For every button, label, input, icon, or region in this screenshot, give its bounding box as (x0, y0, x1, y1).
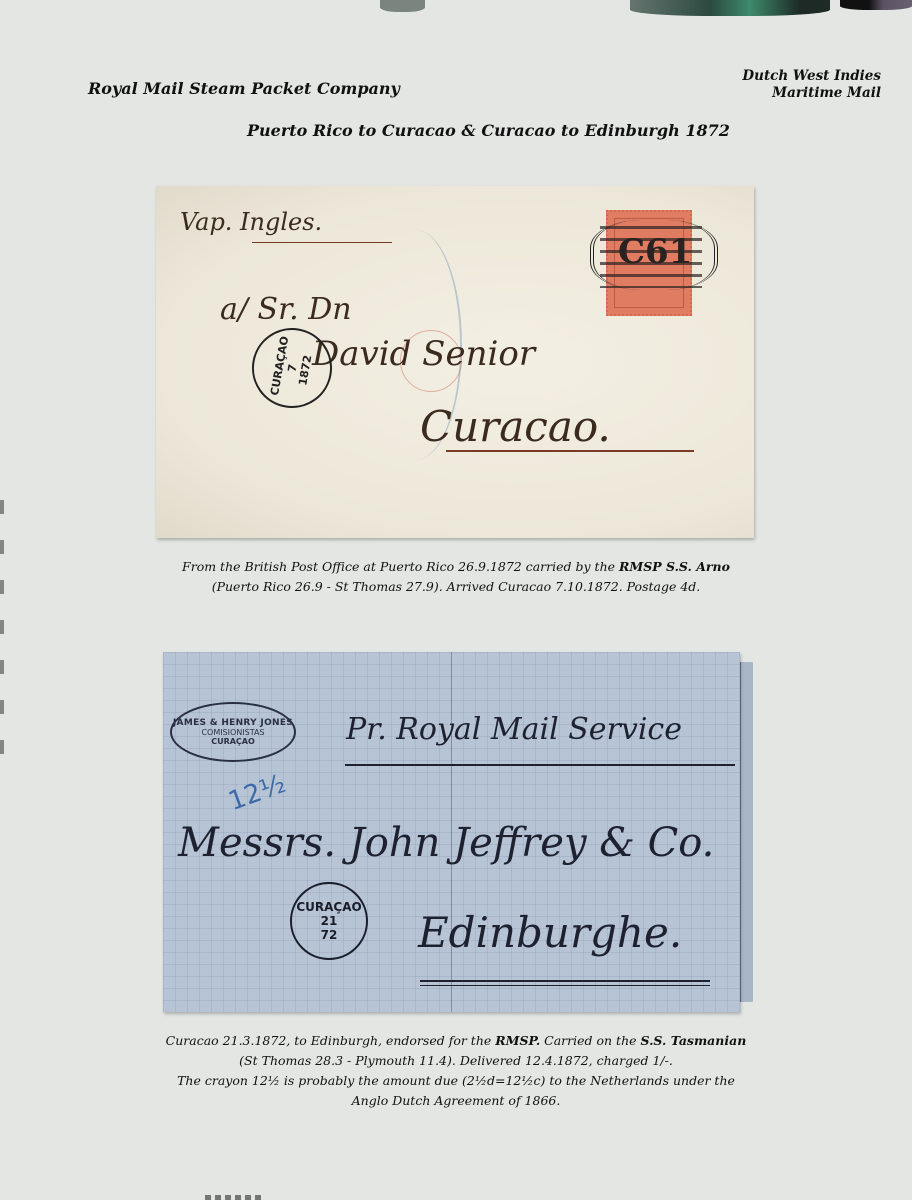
postmark-year: 72 (321, 928, 338, 942)
cachet-trade: COMISIONISTAS (201, 728, 264, 737)
addressee: Messrs. John Jeffrey & Co. (178, 820, 714, 866)
page-edge-decoration (380, 0, 425, 12)
collection-title-line1: Dutch West Indies (742, 68, 881, 85)
obliterator-code: C61 (618, 232, 692, 272)
caption-line: (St Thomas 28.3 - Plymouth 11.4). Delive… (0, 1051, 912, 1071)
page-footer-mark (205, 1195, 265, 1200)
caption-ship-name: RMSP S.S. Arno (619, 559, 730, 574)
binder-holes (0, 500, 4, 770)
caption-rmsp: RMSP. (495, 1033, 540, 1048)
sender-cachet: JAMES & HENRY JONES COMISIONISTAS CURAÇA… (170, 702, 296, 762)
destination-underline (420, 980, 710, 982)
endorsement-vap-ingles: Vap. Ingles. (180, 208, 322, 236)
endorsement-royal-mail-service: Pr. Royal Mail Service (346, 712, 682, 747)
caption-text: Curacao 21.3.1872, to Edinburgh, endorse… (166, 1033, 496, 1048)
cachet-name: JAMES & HENRY JONES (173, 718, 293, 728)
caption-line: Anglo Dutch Agreement of 1866. (0, 1091, 912, 1111)
postmark-year: 1872 (296, 354, 314, 386)
caption-line: From the British Post Office at Puerto R… (0, 557, 912, 577)
addressee-name: David Senior (312, 334, 535, 374)
destination-edinburgh: Edinburghe. (418, 908, 682, 957)
page-subtitle: Puerto Rico to Curacao & Curacao to Edin… (247, 121, 730, 140)
cachet-town: CURAÇAO (211, 737, 255, 746)
caption-line: Curacao 21.3.1872, to Edinburgh, endorse… (0, 1031, 912, 1051)
destination-underline (420, 985, 710, 986)
addressee-prefix: a/ Sr. Dn (220, 292, 352, 327)
caption-line: The crayon 12½ is probably the amount du… (0, 1071, 912, 1091)
collection-title-line2: Maritime Mail (742, 85, 881, 102)
destination-underline (446, 450, 694, 452)
postmark-day: 21 (321, 914, 338, 928)
page-edge-decoration (630, 0, 830, 16)
collection-title: Dutch West Indies Maritime Mail (742, 68, 881, 102)
postmark-town: CURAÇAO (296, 900, 361, 914)
endorsement-underline (345, 764, 735, 766)
caption-ship-name: S.S. Tasmanian (641, 1033, 747, 1048)
letter-fold-edge (740, 662, 753, 1002)
caption-line: (Puerto Rico 26.9 - St Thomas 27.9). Arr… (0, 577, 912, 597)
page-title: Royal Mail Steam Packet Company (88, 79, 400, 98)
cover2-caption: Curacao 21.3.1872, to Edinburgh, endorse… (0, 1031, 912, 1111)
cover1-caption: From the British Post Office at Puerto R… (0, 557, 912, 597)
caption-text: Carried on the (540, 1033, 640, 1048)
destination-curacao: Curacao. (420, 402, 611, 451)
page-edge-decoration (840, 0, 912, 10)
endorsement-underline (252, 242, 392, 243)
caption-text: From the British Post Office at Puerto R… (182, 559, 619, 574)
curacao-departure-postmark: CURAÇAO 21 72 (290, 882, 368, 960)
